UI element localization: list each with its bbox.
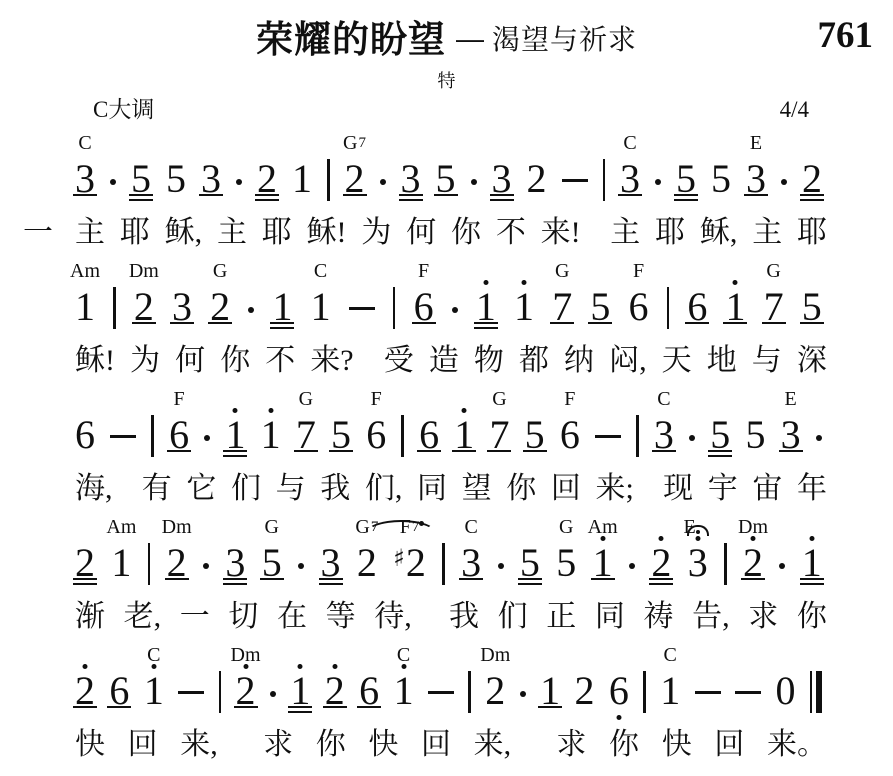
note-token: C1 <box>311 287 331 337</box>
barline <box>724 543 727 585</box>
note-token: 1 <box>292 159 312 209</box>
final-barline-thin <box>810 671 813 713</box>
lyric-syllable: 正 <box>546 597 576 637</box>
chord-label: C <box>664 645 677 665</box>
note-token: 1 <box>802 543 822 593</box>
note-token: G72 <box>345 159 365 209</box>
chord-label: F7 <box>400 517 420 537</box>
augmentation-dot <box>298 563 304 569</box>
lyric-syllable: 待, <box>374 597 412 637</box>
lyric-syllable: 们, <box>365 469 403 509</box>
chord-label: G7 <box>343 133 366 153</box>
lyric-syllable: 为 <box>130 341 160 381</box>
note-glyph: 2 <box>345 159 365 199</box>
note-token: 2 <box>325 671 345 721</box>
note-token: E3 <box>688 543 708 593</box>
octave-dot-high <box>151 664 156 669</box>
note-glyph: 6 <box>419 415 439 455</box>
note-token: F6 <box>629 287 649 337</box>
note-glyph: 1 <box>111 543 131 583</box>
octave-dot-high <box>243 664 248 669</box>
note-glyph: 1 <box>75 287 95 327</box>
note-token: 5 <box>436 159 456 209</box>
note-token: C1 <box>144 671 164 721</box>
chord-label: Dm <box>162 517 192 537</box>
page-title: 荣耀的盼望 <box>256 19 446 60</box>
note-token: 1 <box>514 287 534 337</box>
lyric-syllable: 耶 <box>797 213 827 253</box>
lyric-syllable: 何 <box>175 341 205 381</box>
note-glyph: 2 <box>651 543 671 583</box>
lyrics-line: 一主耶稣,主耶稣!为何你不来!主耶稣,主耶 <box>75 213 827 253</box>
barline <box>113 287 116 329</box>
note-token: F6 <box>366 415 386 465</box>
note-token: 5 <box>166 159 186 209</box>
chord-label: G <box>559 517 573 537</box>
barline <box>643 671 646 713</box>
lyrics-line: 快回来,求你快回来,求你快回来。 <box>75 725 827 765</box>
chord-label: G <box>265 517 279 537</box>
lyric-syllable: 主 <box>610 213 640 253</box>
barline <box>327 159 330 201</box>
barline <box>442 543 445 585</box>
chord-label: Dm <box>129 261 159 281</box>
note-token: 3 <box>172 287 192 337</box>
octave-dot-low <box>616 715 621 720</box>
lyric-syllable: 主 <box>217 213 247 253</box>
note-token: 2 <box>651 543 671 593</box>
note-token: G7 <box>552 287 572 337</box>
octave-dot-high <box>83 664 88 669</box>
lyric-syllable: 现 <box>663 469 693 509</box>
lyric-syllable: 快 <box>75 725 105 765</box>
chord-label: E <box>750 133 762 153</box>
note-glyph: 5 <box>131 159 151 199</box>
barline <box>667 287 670 329</box>
note-token: C1 <box>660 671 680 721</box>
note-token: Dm2 <box>743 543 763 593</box>
chord-label: C <box>147 645 160 665</box>
lyric-syllable: 它 <box>186 469 216 509</box>
final-barline-thick <box>816 671 822 713</box>
note-token: E3 <box>746 159 766 209</box>
music-line: 2Am1Dm23G53G72F7♯2C35G5Am12E3Dm21 <box>75 515 822 593</box>
note-glyph: 1 <box>311 287 331 327</box>
note-glyph: 5 <box>802 287 822 327</box>
lyric-syllable: 们 <box>231 469 261 509</box>
note-token: G7 <box>296 415 316 465</box>
note-token: G5 <box>556 543 576 593</box>
lyric-syllable: 同 <box>417 469 447 509</box>
note-glyph: 1 <box>802 543 822 583</box>
lyric-syllable: 们 <box>498 597 528 637</box>
note-token: 5 <box>590 287 610 337</box>
note-glyph: 6 <box>75 415 95 455</box>
title-dash: — <box>456 23 484 54</box>
lyric-syllable: 来, <box>180 725 218 765</box>
lyric-syllable: 耶 <box>655 213 685 253</box>
note-glyph: 6 <box>687 287 707 327</box>
chord-label: F <box>371 389 382 409</box>
chord-label: Am <box>588 517 618 537</box>
note-token: 5 <box>711 159 731 209</box>
lyric-syllable: 回 <box>421 725 451 765</box>
sharp-icon: ♯ <box>393 544 405 572</box>
note-glyph: 1 <box>454 415 474 455</box>
note-token: 5 <box>131 159 151 209</box>
note-token: 6 <box>609 671 629 721</box>
note-token: 3 <box>225 543 245 593</box>
note-glyph: 2 <box>75 543 95 583</box>
note-glyph: 6 <box>560 415 580 455</box>
note-glyph: 2 <box>325 671 345 711</box>
lyric-syllable: 祷 <box>644 597 674 637</box>
note-glyph: 7 <box>489 415 509 455</box>
lyric-syllable: 闷, <box>609 341 647 381</box>
augmentation-dot <box>236 179 242 185</box>
lyric-syllable: 你 <box>220 341 250 381</box>
octave-dot-high <box>401 664 406 669</box>
lyric-syllable: 在 <box>277 597 307 637</box>
octave-dot-high <box>600 536 605 541</box>
duration-dash <box>562 179 588 182</box>
lyric-syllable: 切 <box>228 597 258 637</box>
lyric-syllable: 我 <box>449 597 479 637</box>
note-glyph: 5 <box>520 543 540 583</box>
octave-dot-high <box>751 536 756 541</box>
chord-seventh: 7 <box>358 135 366 151</box>
note-glyph: 3 <box>461 543 481 583</box>
note-token: 5 <box>802 287 822 337</box>
note-glyph: 1 <box>225 415 245 455</box>
chord-label: G <box>299 389 313 409</box>
augmentation-dot <box>203 563 209 569</box>
note-token: 5 <box>676 159 696 209</box>
note-token: Am1 <box>111 543 131 593</box>
note-glyph: 2 <box>257 159 277 199</box>
augmentation-dot <box>498 563 504 569</box>
note-glyph: 5 <box>262 543 282 583</box>
lyric-syllable: 与 <box>752 341 782 381</box>
lyric-syllable: 来! <box>541 213 581 253</box>
fermata-icon <box>687 525 709 536</box>
augmentation-dot <box>471 179 477 185</box>
note-glyph: 5 <box>711 159 731 199</box>
note-token: 5 <box>331 415 351 465</box>
lyric-syllable: 求 <box>556 725 586 765</box>
note-glyph: 1 <box>725 287 745 327</box>
chord-label: Dm <box>231 645 261 665</box>
note-token: F6 <box>414 287 434 337</box>
note-glyph: 6 <box>414 287 434 327</box>
lyric-syllable: 宙 <box>752 469 782 509</box>
barline <box>151 415 154 457</box>
note-token: 5 <box>710 415 730 465</box>
note-glyph: 3 <box>225 543 245 583</box>
note-glyph: 5 <box>590 287 610 327</box>
note-token: C3 <box>75 159 95 209</box>
note-glyph: 2 <box>167 543 187 583</box>
note-token: Dm2 <box>134 287 154 337</box>
note-token: 3 <box>201 159 221 209</box>
duration-dash <box>178 691 204 694</box>
barline <box>636 415 639 457</box>
barline <box>219 671 222 713</box>
note-glyph: 5 <box>676 159 696 199</box>
note-token: C3 <box>654 415 674 465</box>
lyrics-line: 海,有它们与我们,同望你回来;现宇宙年 <box>75 469 827 509</box>
lyric-syllable: 地 <box>707 341 737 381</box>
note-glyph: 2 <box>575 671 595 711</box>
augmentation-dot <box>110 179 116 185</box>
note-token: 1 <box>272 287 292 337</box>
lyric-syllable: 你 <box>451 213 481 253</box>
note-glyph: 3 <box>781 415 801 455</box>
lyric-syllable: 我 <box>320 469 350 509</box>
page-subtitle: 渴望与祈求 <box>492 24 637 55</box>
augmentation-dot <box>248 307 254 313</box>
octave-dot-high <box>462 408 467 413</box>
note-glyph: 2 <box>527 159 547 199</box>
lyric-syllable: 深 <box>797 341 827 381</box>
chord-label: E <box>785 389 797 409</box>
note-token: 3 <box>492 159 512 209</box>
note-token: 3 <box>321 543 341 593</box>
note-glyph: 5 <box>710 415 730 455</box>
lyric-syllable: 有 <box>142 469 172 509</box>
octave-dot-high <box>298 664 303 669</box>
sheet-music-page: 荣耀的盼望—渴望与祈求 761 特 C大调 4/4 C355321G723532… <box>0 0 893 776</box>
octave-dot-high <box>659 536 664 541</box>
octave-dot-high <box>233 408 238 413</box>
lyric-syllable: 同 <box>595 597 625 637</box>
note-glyph: 2 <box>210 287 230 327</box>
note-glyph: 2 <box>134 287 154 327</box>
note-glyph: 5 <box>331 415 351 455</box>
lyric-syllable: 求 <box>748 597 778 637</box>
note-glyph: 3 <box>321 543 341 583</box>
note-glyph: 1 <box>540 671 560 711</box>
header: 荣耀的盼望—渴望与祈求 761 特 C大调 4/4 <box>0 0 893 125</box>
note-glyph: 1 <box>593 543 613 583</box>
lyric-syllable: 何 <box>406 213 436 253</box>
chord-label: C <box>623 133 636 153</box>
lyric-syllable: 你 <box>506 469 536 509</box>
duration-dash <box>110 435 136 438</box>
note-glyph: 5 <box>556 543 576 583</box>
note-token: 2 <box>575 671 595 721</box>
note-token: 1 <box>540 671 560 721</box>
duration-dash <box>695 691 721 694</box>
note-token: 2 <box>75 671 95 721</box>
note-glyph: 6 <box>359 671 379 711</box>
lyric-syllable: 稣, <box>700 213 738 253</box>
lyric-syllable: 耶 <box>120 213 150 253</box>
note-token: 5 <box>745 415 765 465</box>
lyric-syllable: 与 <box>276 469 306 509</box>
chord-label: G <box>492 389 506 409</box>
chord-label: F <box>174 389 185 409</box>
lyric-syllable: 耶 <box>262 213 292 253</box>
note-token: C3 <box>461 543 481 593</box>
lyric-syllable: 渐 <box>75 597 105 637</box>
note-glyph: 6 <box>609 671 629 711</box>
note-token: F7♯2 <box>393 543 426 593</box>
chord-seventh: 7 <box>412 519 420 535</box>
time-signature: 4/4 <box>780 95 809 125</box>
note-glyph: 3 <box>401 159 421 199</box>
lyric-syllable: 纳 <box>564 341 594 381</box>
lyric-syllable: 稣! <box>75 341 115 381</box>
note-glyph: 7 <box>552 287 572 327</box>
chord-label: C <box>464 517 477 537</box>
chord-label: F <box>633 261 644 281</box>
chord-label: Dm <box>738 517 768 537</box>
note-token: F6 <box>560 415 580 465</box>
note-glyph: 6 <box>629 287 649 327</box>
chord-label: G <box>555 261 569 281</box>
note-glyph: 2 <box>743 543 763 583</box>
lyric-syllable: 快 <box>662 725 692 765</box>
note-glyph: 6 <box>366 415 386 455</box>
note-token: 5 <box>520 543 540 593</box>
note-glyph: 5 <box>166 159 186 199</box>
note-glyph: 2 <box>75 671 95 711</box>
duration-dash <box>349 307 375 310</box>
lyric-syllable: 天 <box>662 341 692 381</box>
verse-number: 一 <box>23 213 53 253</box>
note-token: 6 <box>75 415 95 465</box>
key-time-row: C大调 4/4 <box>93 95 809 125</box>
barline <box>468 671 471 713</box>
chord-label: F <box>418 261 429 281</box>
chord-label: G <box>766 261 780 281</box>
note-glyph: 3 <box>201 159 221 199</box>
lyric-syllable: 不 <box>265 341 295 381</box>
augmentation-dot <box>629 563 635 569</box>
note-glyph: 3 <box>620 159 640 199</box>
note-glyph: 7 <box>296 415 316 455</box>
barline <box>603 159 606 201</box>
note-token: C1 <box>394 671 414 721</box>
lyric-syllable: 主 <box>752 213 782 253</box>
system-4: 2Am1Dm23G53G72F7♯2C35G5Am12E3Dm21渐老,一切在等… <box>0 515 893 637</box>
system-5: 26C1Dm2126C1Dm2126C10快回来,求你快回来,求你快回来。 <box>0 643 893 765</box>
title-line: 荣耀的盼望—渴望与祈求 <box>0 16 893 64</box>
lyric-syllable: 一 <box>180 597 210 637</box>
barline <box>401 415 404 457</box>
lyrics-line: 稣!为何你不来?受造物都纳闷,天地与深 <box>75 341 827 381</box>
augmentation-dot <box>452 307 458 313</box>
note-token: G5 <box>262 543 282 593</box>
note-token: F6 <box>169 415 189 465</box>
note-glyph: 1 <box>476 287 496 327</box>
note-glyph: 1 <box>144 671 164 711</box>
octave-dot-high <box>268 408 273 413</box>
lyric-syllable: 回 <box>551 469 581 509</box>
note-token: 5 <box>525 415 545 465</box>
note-glyph: 3 <box>654 415 674 455</box>
chord-label: C <box>78 133 91 153</box>
note-glyph: 2 <box>357 543 377 583</box>
augmentation-dot <box>520 691 526 697</box>
note-glyph: 1 <box>272 287 292 327</box>
music-line: 26C1Dm2126C1Dm2126C10 <box>75 643 822 721</box>
chord-label: C <box>314 261 327 281</box>
note-token: Am1 <box>593 543 613 593</box>
note-token: G72 <box>357 543 377 593</box>
note-token: 2 <box>75 543 95 593</box>
chord-label: G <box>213 261 227 281</box>
note-token: Dm2 <box>485 671 505 721</box>
note-glyph: 6 <box>109 671 129 711</box>
augmentation-dot <box>270 691 276 697</box>
note-glyph: 1 <box>292 159 312 199</box>
note-token: 2 <box>257 159 277 209</box>
octave-dot-high <box>483 280 488 285</box>
music-line: 6F611G75F661G75F6C355E3 <box>75 387 822 465</box>
note-token: 0 <box>775 671 795 721</box>
music-line: Am1Dm23G21C1F611G75F661G75 <box>75 259 822 337</box>
final-barline <box>810 671 822 713</box>
lyric-syllable: 为 <box>361 213 391 253</box>
lyric-syllable: 你 <box>609 725 639 765</box>
lyric-syllable: 求 <box>263 725 293 765</box>
note-token: G2 <box>210 287 230 337</box>
note-glyph: 1 <box>261 415 281 455</box>
note-token: Dm2 <box>167 543 187 593</box>
note-token: 1 <box>454 415 474 465</box>
lyric-syllable: 不 <box>496 213 526 253</box>
notation-systems: C355321G723532C355E32一主耶稣,主耶稣!为何你不来!主耶稣,… <box>0 131 893 765</box>
note-glyph: 5 <box>436 159 456 199</box>
note-glyph: 5 <box>525 415 545 455</box>
note-token: 2 <box>527 159 547 209</box>
octave-dot-high <box>695 536 700 541</box>
note-glyph: 5 <box>745 415 765 455</box>
chord-label: Am <box>106 517 136 537</box>
lyric-syllable: 主 <box>75 213 105 253</box>
key-signature: C大调 <box>93 95 154 125</box>
note-glyph: 1 <box>660 671 680 711</box>
lyric-syllable: 来; <box>596 469 634 509</box>
system-3: 6F611G75F661G75F6C355E3海,有它们与我们,同望你回来;现宇… <box>0 387 893 509</box>
augmentation-dot <box>204 435 210 441</box>
note-token: 6 <box>359 671 379 721</box>
chord-label: C <box>657 389 670 409</box>
note-glyph: 2 <box>802 159 822 199</box>
note-glyph: 3 <box>172 287 192 327</box>
note-token: 3 <box>401 159 421 209</box>
lyric-syllable: 海, <box>75 469 113 509</box>
note-token: Am1 <box>75 287 95 337</box>
note-glyph: 1 <box>514 287 534 327</box>
augmentation-dot <box>655 179 661 185</box>
chord-label: Dm <box>480 645 510 665</box>
note-glyph: 1 <box>394 671 414 711</box>
duration-dash <box>428 691 454 694</box>
lyrics-line: 渐老,一切在等待,我们正同祷告,求你 <box>75 597 827 637</box>
duration-dash <box>735 691 761 694</box>
music-line: C355321G723532C355E32 <box>75 131 822 209</box>
note-token: 6 <box>687 287 707 337</box>
lyric-syllable: 告, <box>692 597 730 637</box>
octave-dot-high <box>809 536 814 541</box>
chord-label: C <box>397 645 410 665</box>
lyric-syllable: 造 <box>429 341 459 381</box>
lyric-syllable: 快 <box>368 725 398 765</box>
note-glyph: 1 <box>290 671 310 711</box>
